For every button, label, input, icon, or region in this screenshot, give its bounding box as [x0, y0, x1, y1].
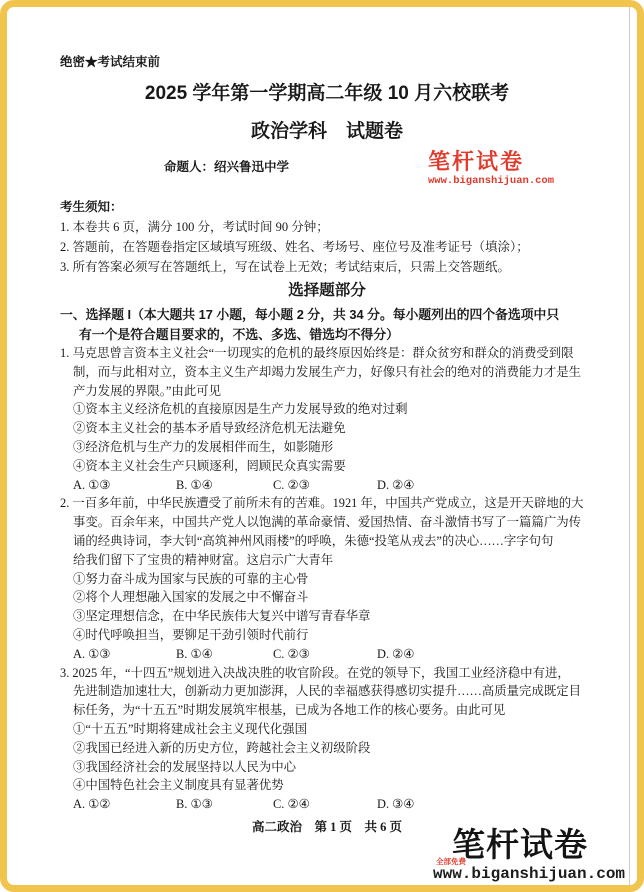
- question-choices-row: A. ①③ B. ①④ C. ②③ D. ②④: [60, 645, 594, 664]
- part1-instruction-line2: 有一个是符合题目要求的，不选、多选、错选均不得分）: [60, 325, 594, 345]
- question-1: 1. 马克思曾言资本主义社会“一切现实的危机的最终原因始终是：群众贫穷和群众的消…: [60, 344, 594, 494]
- choice-b: B. ①④: [176, 645, 273, 664]
- choice-d: D. ②④: [377, 645, 594, 664]
- question-2: 2. 一百多年前，中华民族遭受了前所未有的苦难。1921 年，中国共产党成立，这…: [60, 494, 594, 663]
- question-stem-line: 诵的经典诗词，李大钊“高筑神州风雨楼”的呼唤，朱德“投笔从戎去”的决心……字字句…: [60, 532, 594, 551]
- exam-title: 2025 学年第一学期高二年级 10 月六校联考: [60, 81, 594, 106]
- choice-c: C. ②③: [273, 476, 377, 495]
- question-option-2: ②资本主义社会的基本矛盾导致经济危机无法避免: [60, 419, 594, 438]
- notice-item-3: 3. 所有答案必须写在答题纸上，写在试卷上无效；考试结束后，只需上交答题纸。: [60, 257, 594, 277]
- question-option-2: ②将个人理想融入国家的发展之中不懈奋斗: [60, 588, 594, 607]
- question-stem-line: 3. 2025 年，“十四五”规划进入决战决胜的收官阶段。在党的领导下，我国工业…: [60, 664, 594, 683]
- choice-b: B. ①③: [176, 795, 273, 814]
- exam-subject-title: 政治学科 试题卷: [60, 119, 594, 144]
- exam-paper-page: 绝密★考试结束前 2025 学年第一学期高二年级 10 月六校联考 政治学科 试…: [0, 0, 644, 892]
- choice-a: A. ①③: [73, 645, 176, 664]
- choice-d: D. ③④: [377, 795, 594, 814]
- question-stem-line: 制，而与此相对立，资本主义生产却竭力发展生产力，好像只有社会的绝对的消费能力才是…: [60, 363, 594, 382]
- choice-c: C. ②③: [273, 645, 377, 664]
- watermark-site-url: www.biganshijuan.com: [428, 175, 554, 188]
- choice-d: D. ②④: [377, 476, 594, 495]
- question-stem-line: 2. 一百多年前，中华民族遭受了前所未有的苦难。1921 年，中国共产党成立，这…: [60, 494, 594, 513]
- section-heading: 选择题部分: [60, 281, 594, 300]
- scan-edge-line: [629, 6, 630, 886]
- question-option-4: ④资本主义社会生产只顾逐利，罔顾民众真实需要: [60, 457, 594, 476]
- question-option-1: ①资本主义经济危机的直接原因是生产力发展导致的绝对过剩: [60, 400, 594, 419]
- question-stem-line: 1. 马克思曾言资本主义社会“一切现实的危机的最终原因始终是：群众贫穷和群众的消…: [60, 344, 594, 363]
- choice-c: C. ②④: [273, 795, 377, 814]
- question-option-4: ④时代呼唤担当，要铆足干劲引领时代前行: [60, 626, 594, 645]
- question-choices-row: A. ①③ B. ①④ C. ②③ D. ②④: [60, 476, 594, 495]
- question-option-1: ①“十五五”时期将建成社会主义现代化强国: [60, 720, 594, 739]
- watermark-site-name: 笔杆试卷: [428, 150, 554, 174]
- questions-area: 1. 马克思曾言资本主义社会“一切现实的危机的最终原因始终是：群众贫穷和群众的消…: [60, 344, 594, 814]
- question-option-3: ③经济危机与生产力的发展相伴而生，如影随形: [60, 438, 594, 457]
- watermark-site-name: 笔杆试卷: [452, 827, 588, 863]
- question-option-3: ③我国经济社会的发展坚持以人民为中心: [60, 758, 594, 777]
- question-option-2: ②我国已经进入新的历史方位，跨越社会主义初级阶段: [60, 739, 594, 758]
- part1-instruction-line1: 一、选择题 I（本大题共 17 小题，每小题 2 分，共 34 分。每小题列出的…: [60, 305, 594, 325]
- question-choices-row: A. ①② B. ①③ C. ②④ D. ③④: [60, 795, 594, 814]
- question-option-4: ④中国特色社会主义制度具有显著优势: [60, 776, 594, 795]
- notice-item-2: 2. 答题前，在答题卷指定区域填写班级、姓名、考场号、座位号及准考证号（填涂）；: [60, 237, 594, 257]
- question-stem-line: 先进制造加速壮大，创新动力更加澎湃，人民的幸福感获得感切实提升……高质量完成既定…: [60, 682, 594, 701]
- site-watermark-top: 笔杆试卷 www.biganshijuan.com: [428, 150, 554, 188]
- question-stem-line: 产力发展的界限。”由此可见: [60, 382, 594, 401]
- secrecy-label: 绝密★考试结束前: [60, 55, 594, 70]
- question-option-1: ①努力奋斗成为国家与民族的可靠的主心骨: [60, 570, 594, 589]
- choice-a: A. ①③: [73, 476, 176, 495]
- question-stem-line: 事变。百余年来，中国共产党人以饱满的革命豪情、爱国热情、奋斗激情书写了一篇篇广为…: [60, 513, 594, 532]
- question-3: 3. 2025 年，“十四五”规划进入决战决胜的收官阶段。在党的领导下，我国工业…: [60, 664, 594, 814]
- watermark-site-url: www.biganshijuan.com: [433, 865, 625, 884]
- choice-a: A. ①②: [73, 795, 176, 814]
- notice-heading: 考生须知：: [60, 197, 594, 217]
- question-stem-line: 标任务，为“十五五”时期发展筑牢根基，已成为各地工作的核心要务。由此可见: [60, 701, 594, 720]
- part1-instruction: 一、选择题 I（本大题共 17 小题，每小题 2 分，共 34 分。每小题列出的…: [60, 305, 594, 344]
- choice-b: B. ①④: [176, 476, 273, 495]
- candidate-notice: 考生须知： 1. 本卷共 6 页，满分 100 分，考试时间 90 分钟； 2.…: [60, 197, 594, 277]
- question-stem-line: 给我们留下了宝贵的精神财富。这启示广大青年: [60, 551, 594, 570]
- notice-item-1: 1. 本卷共 6 页，满分 100 分，考试时间 90 分钟；: [60, 217, 594, 237]
- question-option-3: ③坚定理想信念，在中华民族伟大复兴中谱写青春华章: [60, 607, 594, 626]
